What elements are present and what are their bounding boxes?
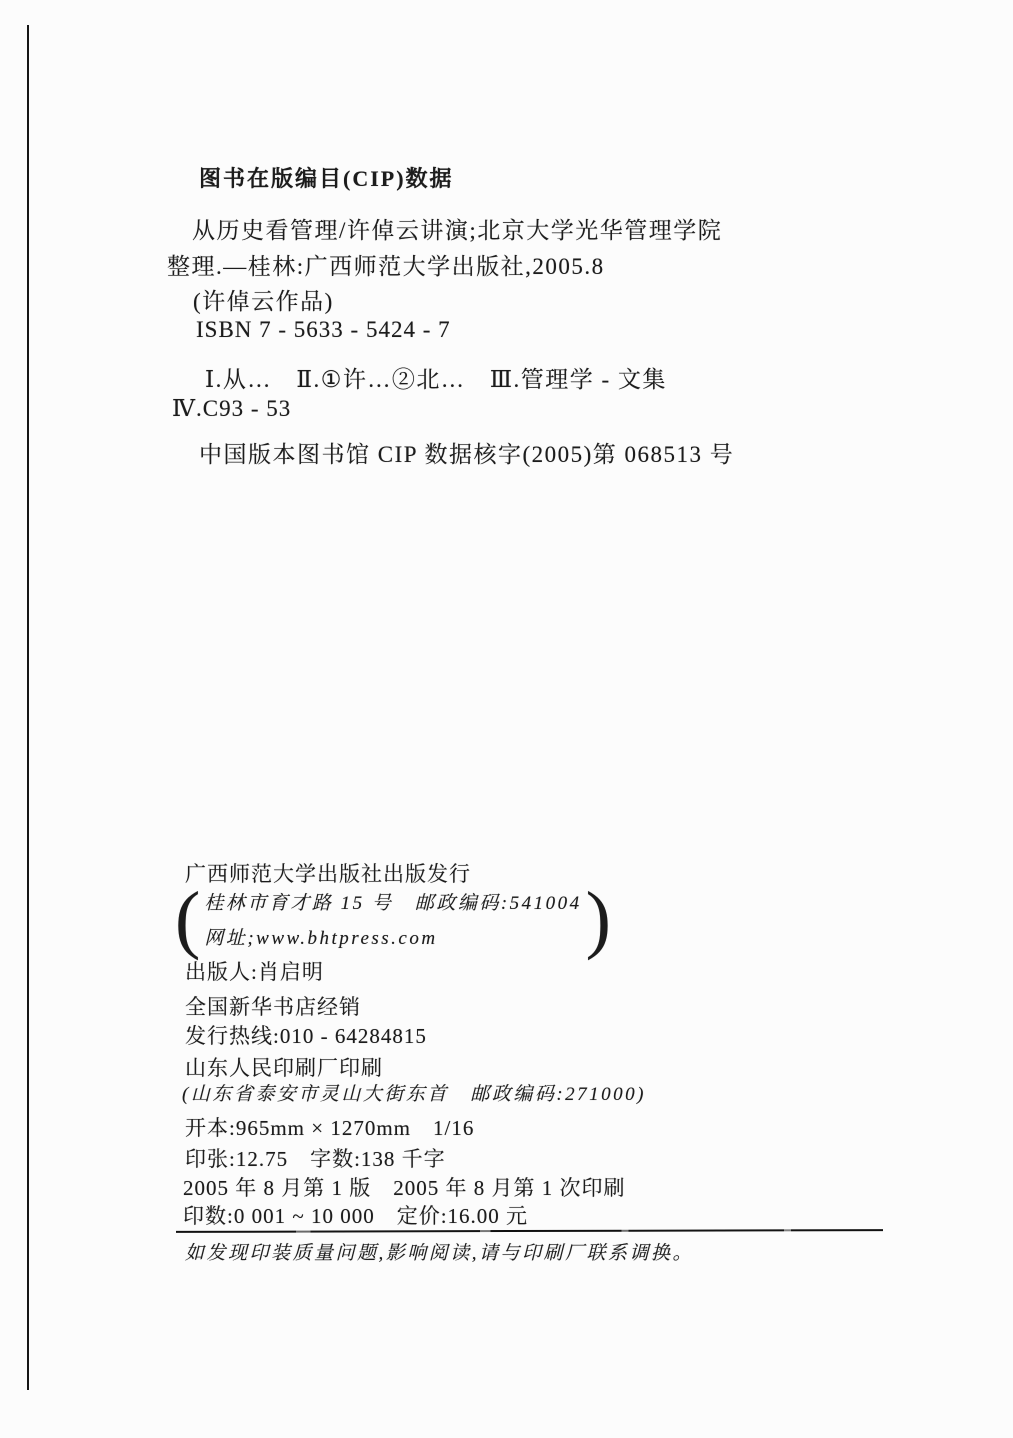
cip-classification-line2: Ⅳ.C93 - 53	[172, 396, 291, 422]
cip-record-number: 中国版本图书馆 CIP 数据核字(2005)第 068513 号	[199, 436, 734, 469]
cip-description-line1: 从历史看管理/许倬云讲演;北京大学光华管理学院	[192, 212, 722, 245]
printrun-price-line: 印数:0 001 ~ 10 000 定价:16.00 元	[183, 1200, 528, 1230]
edition-printing-line: 2005 年 8 月第 1 版 2005 年 8 月第 1 次印刷	[183, 1172, 626, 1202]
cip-heading: 图书在版编目(CIP)数据	[199, 162, 454, 193]
close-paren-glyph: )	[586, 884, 611, 954]
isbn-number: ISBN 7 - 5633 - 5424 - 7	[196, 317, 451, 343]
publisher-website: 网址;www.bhtpress.com	[204, 923, 581, 950]
cip-description-line2: 整理.—桂林:广西师范大学出版社,2005.8	[167, 248, 605, 281]
quality-notice: 如发现印装质量问题,影响阅读,请与印刷厂联系调换。	[185, 1238, 694, 1265]
publisher-address-lines: 桂林市育才路 15 号 邮政编码:541004 网址;www.bhtpress.…	[200, 888, 585, 950]
scan-edge-line	[27, 25, 29, 1390]
publisher-person: 出版人:肖启明	[185, 956, 324, 986]
format-line: 开本:965mm × 1270mm 1/16	[185, 1112, 474, 1142]
distribution-line: 全国新华书店经销	[185, 991, 361, 1021]
cip-classification-line1: Ⅰ.从… Ⅱ.①许…②北… Ⅲ.管理学 - 文集	[205, 361, 667, 394]
publisher-address-group: ( 桂林市育才路 15 号 邮政编码:541004 网址;www.bhtpres…	[175, 884, 611, 954]
distribution-hotline: 发行热线:010 - 64284815	[185, 1020, 427, 1050]
printer-line: 山东人民印刷厂印刷	[185, 1052, 383, 1082]
sheets-wordcount-line: 印张:12.75 字数:138 千字	[185, 1143, 446, 1173]
publisher-address: 桂林市育才路 15 号 邮政编码:541004	[204, 888, 581, 915]
printer-address: (山东省泰安市灵山大街东首 邮政编码:271000)	[182, 1079, 646, 1106]
open-paren-glyph: (	[175, 884, 200, 954]
scanned-copyright-page: 图书在版编目(CIP)数据 从历史看管理/许倬云讲演;北京大学光华管理学院 整理…	[0, 0, 1013, 1438]
cip-series-title: (许倬云作品)	[193, 283, 334, 316]
